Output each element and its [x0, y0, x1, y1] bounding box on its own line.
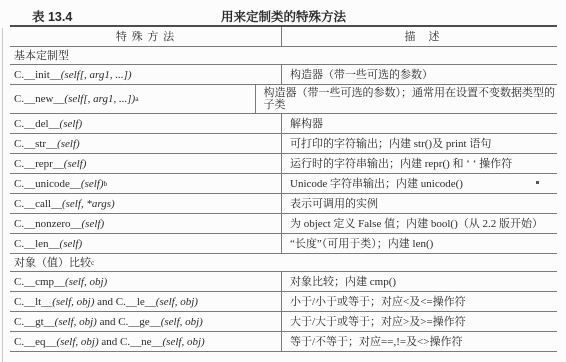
description-cell: 为 object 定义 False 值；内建 bool()（从 2.2 版开始）: [282, 214, 557, 233]
description-cell: 等于/不等于；对应==,!=及<>操作符: [282, 332, 557, 351]
description-cell: “长度”（可用于类）；内建 len(): [282, 234, 557, 253]
table-row: C.__len__(self)“长度”（可用于类）；内建 len(): [10, 234, 557, 254]
method-cell: C.__new__(self[, arg1, ...])a: [10, 85, 256, 113]
description-cell: 运行时的字符串输出；内建 repr() 和 ‘ ‘ 操作符: [282, 154, 557, 173]
method-cell: C.__str__(self): [10, 134, 282, 153]
table-row: C.__unicode__(self)bUnicode 字符串输出；内建 uni…: [10, 174, 557, 194]
table-row: C.__eq__(self, obj) and C.__ne__(self, o…: [10, 332, 557, 352]
method-cell: C.__init__(self[, arg1, ...]): [10, 65, 282, 84]
description-cell: 可打印的字符输出；内建 str()及 print 语句: [282, 134, 557, 153]
section-label: 基本定制型: [10, 47, 557, 64]
description-cell: 表示可调用的实例: [282, 194, 557, 213]
table-row: C.__init__(self[, arg1, ...])构造器（带一些可选的参…: [10, 65, 557, 85]
method-cell: C.__cmp__(self, obj): [10, 272, 282, 291]
method-cell: C.__call__(self, *args): [10, 194, 282, 213]
description-cell: 大于/大于或等于；对应>及>=操作符: [282, 312, 557, 331]
table-row: C.__nonzero__(self)为 object 定义 False 值；内…: [10, 214, 557, 234]
table-row: C.__new__(self[, arg1, ...])a构造器（带一些可选的参…: [10, 85, 557, 114]
special-methods-table: 特 殊 方 法 描 述 基本定制型C.__init__(self[, arg1,…: [10, 25, 557, 352]
description-cell: 解构器: [282, 114, 557, 133]
section-label: 对象（值）比较c: [10, 254, 557, 271]
table-title: 用来定制类的特殊方法: [10, 7, 557, 25]
table-row: C.__str__(self)可打印的字符输出；内建 str()及 print …: [10, 134, 557, 154]
table-body: 基本定制型C.__init__(self[, arg1, ...])构造器（带一…: [10, 47, 557, 352]
table-row: C.__call__(self, *args)表示可调用的实例: [10, 194, 557, 214]
description-cell: Unicode 字符串输出；内建 unicode(): [282, 174, 557, 193]
table-row: C.__del__(self)解构器: [10, 114, 557, 134]
method-cell: C.__len__(self): [10, 234, 282, 253]
column-header-method: 特 殊 方 法: [10, 27, 282, 46]
column-header-description: 描 述: [282, 27, 557, 46]
description-cell: 构造器（带一些可选的参数）；通常用在设置不变数据类型的 子类: [256, 85, 558, 113]
description-cell: 小于/小于或等于；对应<及<=操作符: [282, 292, 557, 311]
scanned-book-page: 表 13.4 用来定制类的特殊方法 特 殊 方 法 描 述 基本定制型C.__i…: [0, 0, 566, 362]
method-cell: C.__unicode__(self)b: [10, 174, 282, 193]
table-header-row: 特 殊 方 法 描 述: [10, 27, 557, 47]
section-header-row: 基本定制型: [10, 47, 557, 65]
table-row: C.__lt__(self, obj) and C.__le__(self, o…: [10, 292, 557, 312]
method-cell: C.__gt__(self, obj) and C.__ge__(self, o…: [10, 312, 282, 331]
table-row: C.__cmp__(self, obj)对象比较；内建 cmp(): [10, 272, 557, 292]
table-row: C.__repr__(self)运行时的字符串输出；内建 repr() 和 ‘ …: [10, 154, 557, 174]
table-caption: 表 13.4 用来定制类的特殊方法: [10, 5, 557, 25]
description-cell: 构造器（带一些可选的参数）: [282, 65, 557, 84]
section-header-row: 对象（值）比较c: [10, 254, 557, 272]
table-row: C.__gt__(self, obj) and C.__ge__(self, o…: [10, 312, 557, 332]
description-cell: 对象比较；内建 cmp(): [282, 272, 557, 291]
method-cell: C.__nonzero__(self): [10, 214, 282, 233]
method-cell: C.__lt__(self, obj) and C.__le__(self, o…: [10, 292, 282, 311]
method-cell: C.__eq__(self, obj) and C.__ne__(self, o…: [10, 332, 282, 351]
method-cell: C.__repr__(self): [10, 154, 282, 173]
method-cell: C.__del__(self): [10, 114, 282, 133]
scan-edge-artifact: [2, 28, 3, 362]
